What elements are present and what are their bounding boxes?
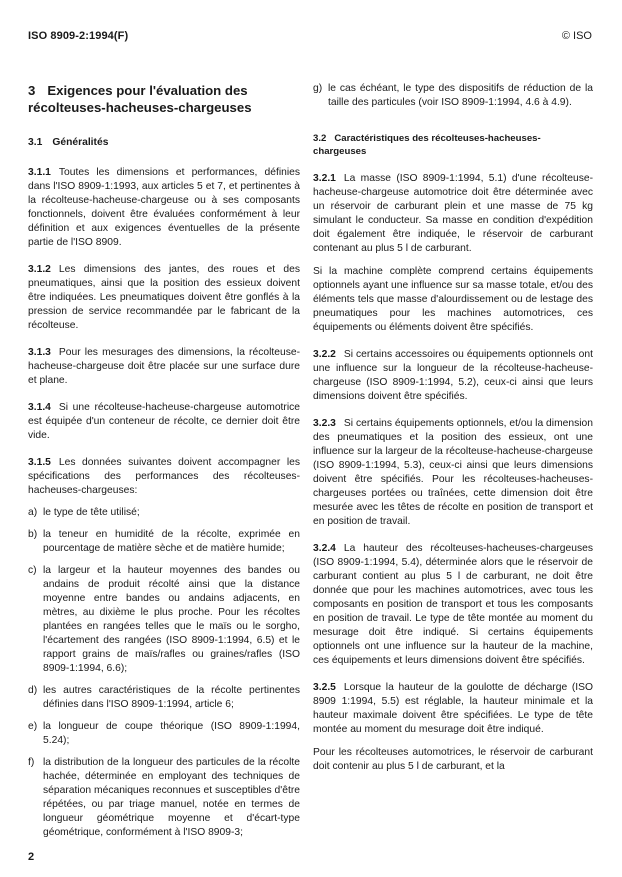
clause-text: Lorsque la hauteur de la goulotte de déc… — [313, 682, 593, 735]
list-text: le cas échéant, le type des dispositifs … — [328, 82, 593, 110]
clause-text: Les données suivantes doivent accompagne… — [28, 457, 300, 496]
list-label: g) — [313, 82, 328, 110]
clause-3-2-4: 3.2.4La hauteur des récolteuses-hacheuse… — [313, 542, 593, 668]
subsection-title: Caractéristiques des récolteuses-hacheus… — [313, 133, 541, 157]
right-column: g)le cas échéant, le type des dispositif… — [313, 82, 593, 787]
subsection-title: Généralités — [52, 137, 108, 148]
clause-number: 3.1.1 — [28, 167, 51, 178]
left-column: 3Exigences pour l'évaluation des récolte… — [28, 82, 300, 848]
list-item-c: c)la largeur et la hauteur moyennes des … — [28, 564, 300, 676]
list-item-d: d)les autres caractéristiques de la réco… — [28, 684, 300, 712]
clause-number: 3.1.4 — [28, 402, 51, 413]
clause-3-2-5-continued: Pour les récolteuses automotrices, le ré… — [313, 746, 593, 774]
list-label: f) — [28, 756, 43, 840]
clause-3-2-1: 3.2.1La masse (ISO 8909-1:1994, 5.1) d'u… — [313, 172, 593, 256]
section-heading: 3Exigences pour l'évaluation des récolte… — [28, 82, 300, 116]
list-item-g: g)le cas échéant, le type des dispositif… — [313, 82, 593, 110]
list-text: la largeur et la hauteur moyennes des ba… — [43, 564, 300, 676]
clause-number: 3.1.3 — [28, 347, 51, 358]
clause-number: 3.1.5 — [28, 457, 51, 468]
clause-text: La hauteur des récolteuses-hacheuses-cha… — [313, 543, 593, 666]
clause-number: 3.2.3 — [313, 418, 336, 429]
clause-3-1-1: 3.1.1Toutes les dimensions et performanc… — [28, 166, 300, 250]
clause-text: Si la machine complète comprend certains… — [313, 266, 593, 333]
clause-3-2-2: 3.2.2Si certains accessoires ou équipeme… — [313, 348, 593, 404]
clause-number: 3.2.2 — [313, 349, 336, 360]
document-id: ISO 8909-2:1994(F) — [28, 30, 128, 42]
clause-number: 3.2.5 — [313, 682, 336, 693]
list-item-b: b)la teneur en humidité de la récolte, e… — [28, 528, 300, 556]
section-number: 3 — [28, 83, 35, 98]
list-text: les autres caractéristiques de la récolt… — [43, 684, 300, 712]
clause-3-2-1-continued: Si la machine complète comprend certains… — [313, 265, 593, 335]
clause-text: Pour les mesurages des dimensions, la ré… — [28, 347, 300, 386]
subsection-heading-3-2: 3.2Caractéristiques des récolteuses-hach… — [313, 132, 593, 158]
list-label: a) — [28, 506, 43, 520]
list-text: le type de tête utilisé; — [43, 506, 300, 520]
clause-number: 3.2.4 — [313, 543, 336, 554]
copyright-notice: © ISO — [562, 30, 592, 42]
clause-3-1-4: 3.1.4Si une récolteuse-hacheuse-chargeus… — [28, 401, 300, 443]
clause-3-2-3: 3.2.3Si certains équipements optionnels,… — [313, 417, 593, 529]
clause-text: Toutes les dimensions et performances, d… — [28, 167, 300, 248]
clause-3-1-2: 3.1.2Les dimensions des jantes, des roue… — [28, 263, 300, 333]
clause-number: 3.2.1 — [313, 173, 336, 184]
subsection-number: 3.1 — [28, 137, 42, 148]
list-text: la teneur en humidité de la récolte, exp… — [43, 528, 300, 556]
clause-3-1-5: 3.1.5Les données suivantes doivent accom… — [28, 456, 300, 498]
clause-text: La masse (ISO 8909-1:1994, 5.1) d'une ré… — [313, 173, 593, 254]
list-label: d) — [28, 684, 43, 712]
list-item-e: e)la longueur de coupe théorique (ISO 89… — [28, 720, 300, 748]
clause-number: 3.1.2 — [28, 264, 51, 275]
list-text: la longueur de coupe théorique (ISO 8909… — [43, 720, 300, 748]
clause-text: Si certains accessoires ou équipements o… — [313, 349, 593, 402]
clause-text: Si une récolteuse-hacheuse-chargeuse aut… — [28, 402, 300, 441]
page-number: 2 — [28, 851, 34, 863]
list-label: c) — [28, 564, 43, 676]
list-item-f: f)la distribution de la longueur des par… — [28, 756, 300, 840]
subsection-number: 3.2 — [313, 133, 326, 144]
list-item-a: a)le type de tête utilisé; — [28, 506, 300, 520]
list-label: e) — [28, 720, 43, 748]
list-text: la distribution de la longueur des parti… — [43, 756, 300, 840]
clause-text: Si certains équipements optionnels, et/o… — [313, 418, 593, 527]
clause-text: Pour les récolteuses automotrices, le ré… — [313, 747, 593, 772]
subsection-heading-3-1: 3.1Généralités — [28, 136, 300, 150]
section-title: Exigences pour l'évaluation des récolteu… — [28, 83, 252, 115]
list-label: b) — [28, 528, 43, 556]
clause-3-1-3: 3.1.3Pour les mesurages des dimensions, … — [28, 346, 300, 388]
clause-3-2-5: 3.2.5Lorsque la hauteur de la goulotte d… — [313, 681, 593, 737]
clause-text: Les dimensions des jantes, des roues et … — [28, 264, 300, 331]
